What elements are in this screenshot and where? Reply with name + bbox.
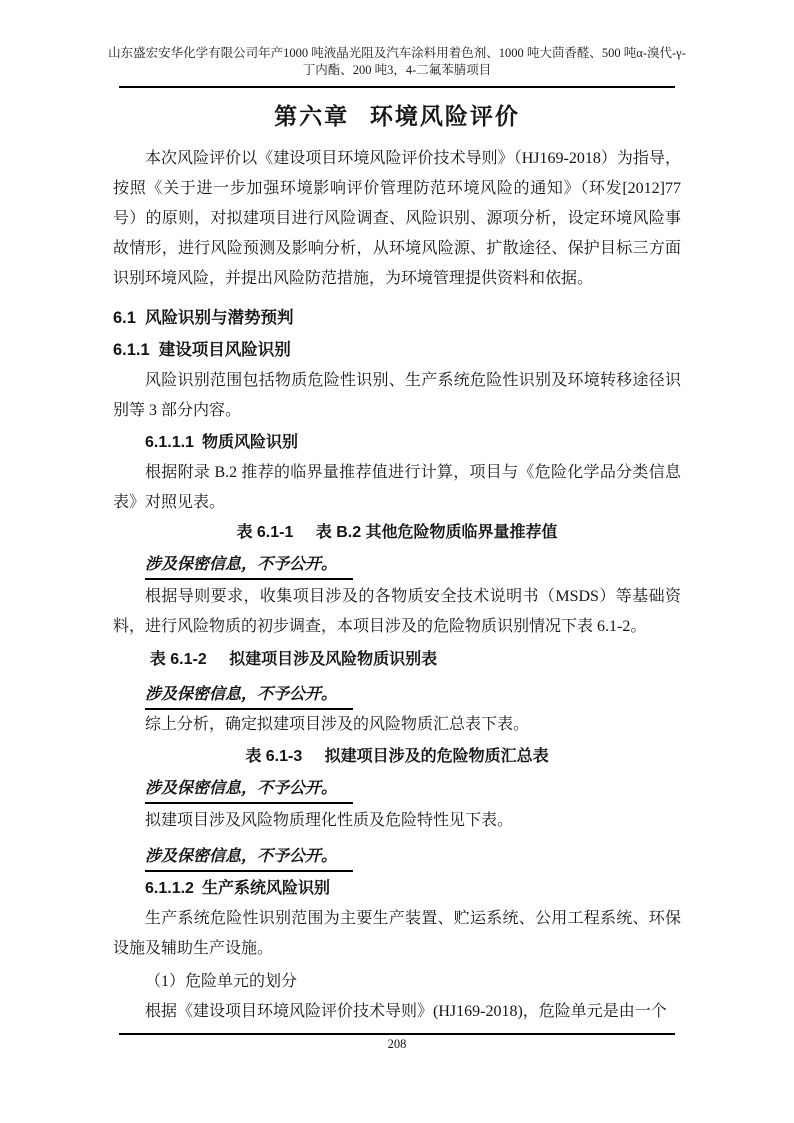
chapter-heading: 第六章环境风险评价 xyxy=(113,98,681,134)
chapter-number: 第六章 xyxy=(274,103,349,129)
section-heading-6-1-1-1: 6.1.1.1物质风险识别 xyxy=(145,428,681,458)
confidential-notice: 涉及保密信息，不予公开。 xyxy=(113,774,681,804)
paragraph-material-4: 拟建项目涉及风险物质理化性质及危险特性见下表。 xyxy=(113,806,681,836)
table-title: 表 B.2 其他危险物质临界量推荐值 xyxy=(316,524,558,541)
section-title: 建设项目风险识别 xyxy=(159,341,291,359)
paragraph-material-3: 综上分析，确定拟建项目涉及的风险物质汇总表下表。 xyxy=(113,710,681,740)
section-number: 6.1.1 xyxy=(113,341,150,359)
table-title: 拟建项目涉及的危险物质汇总表 xyxy=(325,748,549,765)
section-number: 6.1.1.1 xyxy=(145,434,194,451)
confidential-notice-text: 涉及保密信息，不予公开。 xyxy=(145,845,353,872)
table-label: 表 6.1-3 xyxy=(245,748,302,765)
section-heading-6-1-1-2: 6.1.1.2生产系统风险识别 xyxy=(145,874,681,904)
confidential-notice: 涉及保密信息，不予公开。 xyxy=(113,680,681,710)
paragraph-material-1: 根据附录 B.2 推荐的临界量推荐值进行计算，项目与《危险化学品分类信息表》对照… xyxy=(113,458,681,518)
paragraph-scope: 风险识别范围包括物质危险性识别、生产系统危险性识别及环境转移途径识别等 3 部分… xyxy=(113,366,681,426)
paragraph-intro: 本次风险评价以《建设项目环境风险评价技术导则》（HJ169-2018）为指导，按… xyxy=(113,144,681,294)
table-caption-6-1-1: 表 6.1-1表 B.2 其他危险物质临界量推荐值 xyxy=(113,518,681,548)
confidential-notice-text: 涉及保密信息，不予公开。 xyxy=(145,777,353,804)
section-title: 生产系统风险识别 xyxy=(202,880,330,897)
header-line-2: 丁内酯、200 吨3，4-二氟苯腈项目 xyxy=(0,62,794,79)
table-caption-6-1-3: 表 6.1-3拟建项目涉及的危险物质汇总表 xyxy=(113,742,681,772)
footer-rule xyxy=(119,1033,675,1035)
confidential-notice-text: 涉及保密信息，不予公开。 xyxy=(145,553,353,580)
section-title: 物质风险识别 xyxy=(202,434,298,451)
page-header: 山东盛宏安华化学有限公司年产1000 吨液晶光阻及汽车涂料用着色剂、1000 吨… xyxy=(0,45,794,79)
confidential-notice-text: 涉及保密信息，不予公开。 xyxy=(145,683,353,710)
page-number: 208 xyxy=(0,1036,794,1052)
paragraph-system-1: 生产系统危险性识别范围为主要生产装置、贮运系统、公用工程系统、环保设施及辅助生产… xyxy=(113,904,681,964)
section-heading-6-1: 6.1风险识别与潜势预判 xyxy=(113,302,681,334)
paragraph-system-2: 根据《建设项目环境风险评价技术导则》(HJ169-2018)，危险单元是由一个 xyxy=(113,997,681,1027)
header-line-1: 山东盛宏安华化学有限公司年产1000 吨液晶光阻及汽车涂料用着色剂、1000 吨… xyxy=(0,45,794,62)
confidential-notice: 涉及保密信息，不予公开。 xyxy=(113,550,681,580)
document-body: 第六章环境风险评价 本次风险评价以《建设项目环境风险评价技术导则》（HJ169-… xyxy=(113,98,681,1027)
header-rule xyxy=(119,86,675,88)
section-number: 6.1 xyxy=(113,309,136,327)
table-label: 表 6.1-2 xyxy=(150,651,207,668)
document-page: 山东盛宏安华化学有限公司年产1000 吨液晶光阻及汽车涂料用着色剂、1000 吨… xyxy=(0,0,794,1123)
section-title: 风险识别与潜势预判 xyxy=(145,309,294,327)
confidential-notice: 涉及保密信息，不予公开。 xyxy=(113,842,681,872)
section-number: 6.1.1.2 xyxy=(145,880,194,897)
table-caption-6-1-2: 表 6.1-2拟建项目涉及风险物质识别表 xyxy=(150,645,681,675)
paragraph-system-item-1: （1）危险单元的划分 xyxy=(113,967,681,997)
paragraph-material-2: 根据导则要求，收集项目涉及的各物质安全技术说明书（MSDS）等基础资料，进行风险… xyxy=(113,582,681,642)
table-title: 拟建项目涉及风险物质识别表 xyxy=(229,651,437,668)
table-label: 表 6.1-1 xyxy=(236,524,293,541)
section-heading-6-1-1: 6.1.1建设项目风险识别 xyxy=(113,334,681,366)
chapter-title: 环境风险评价 xyxy=(370,103,520,129)
